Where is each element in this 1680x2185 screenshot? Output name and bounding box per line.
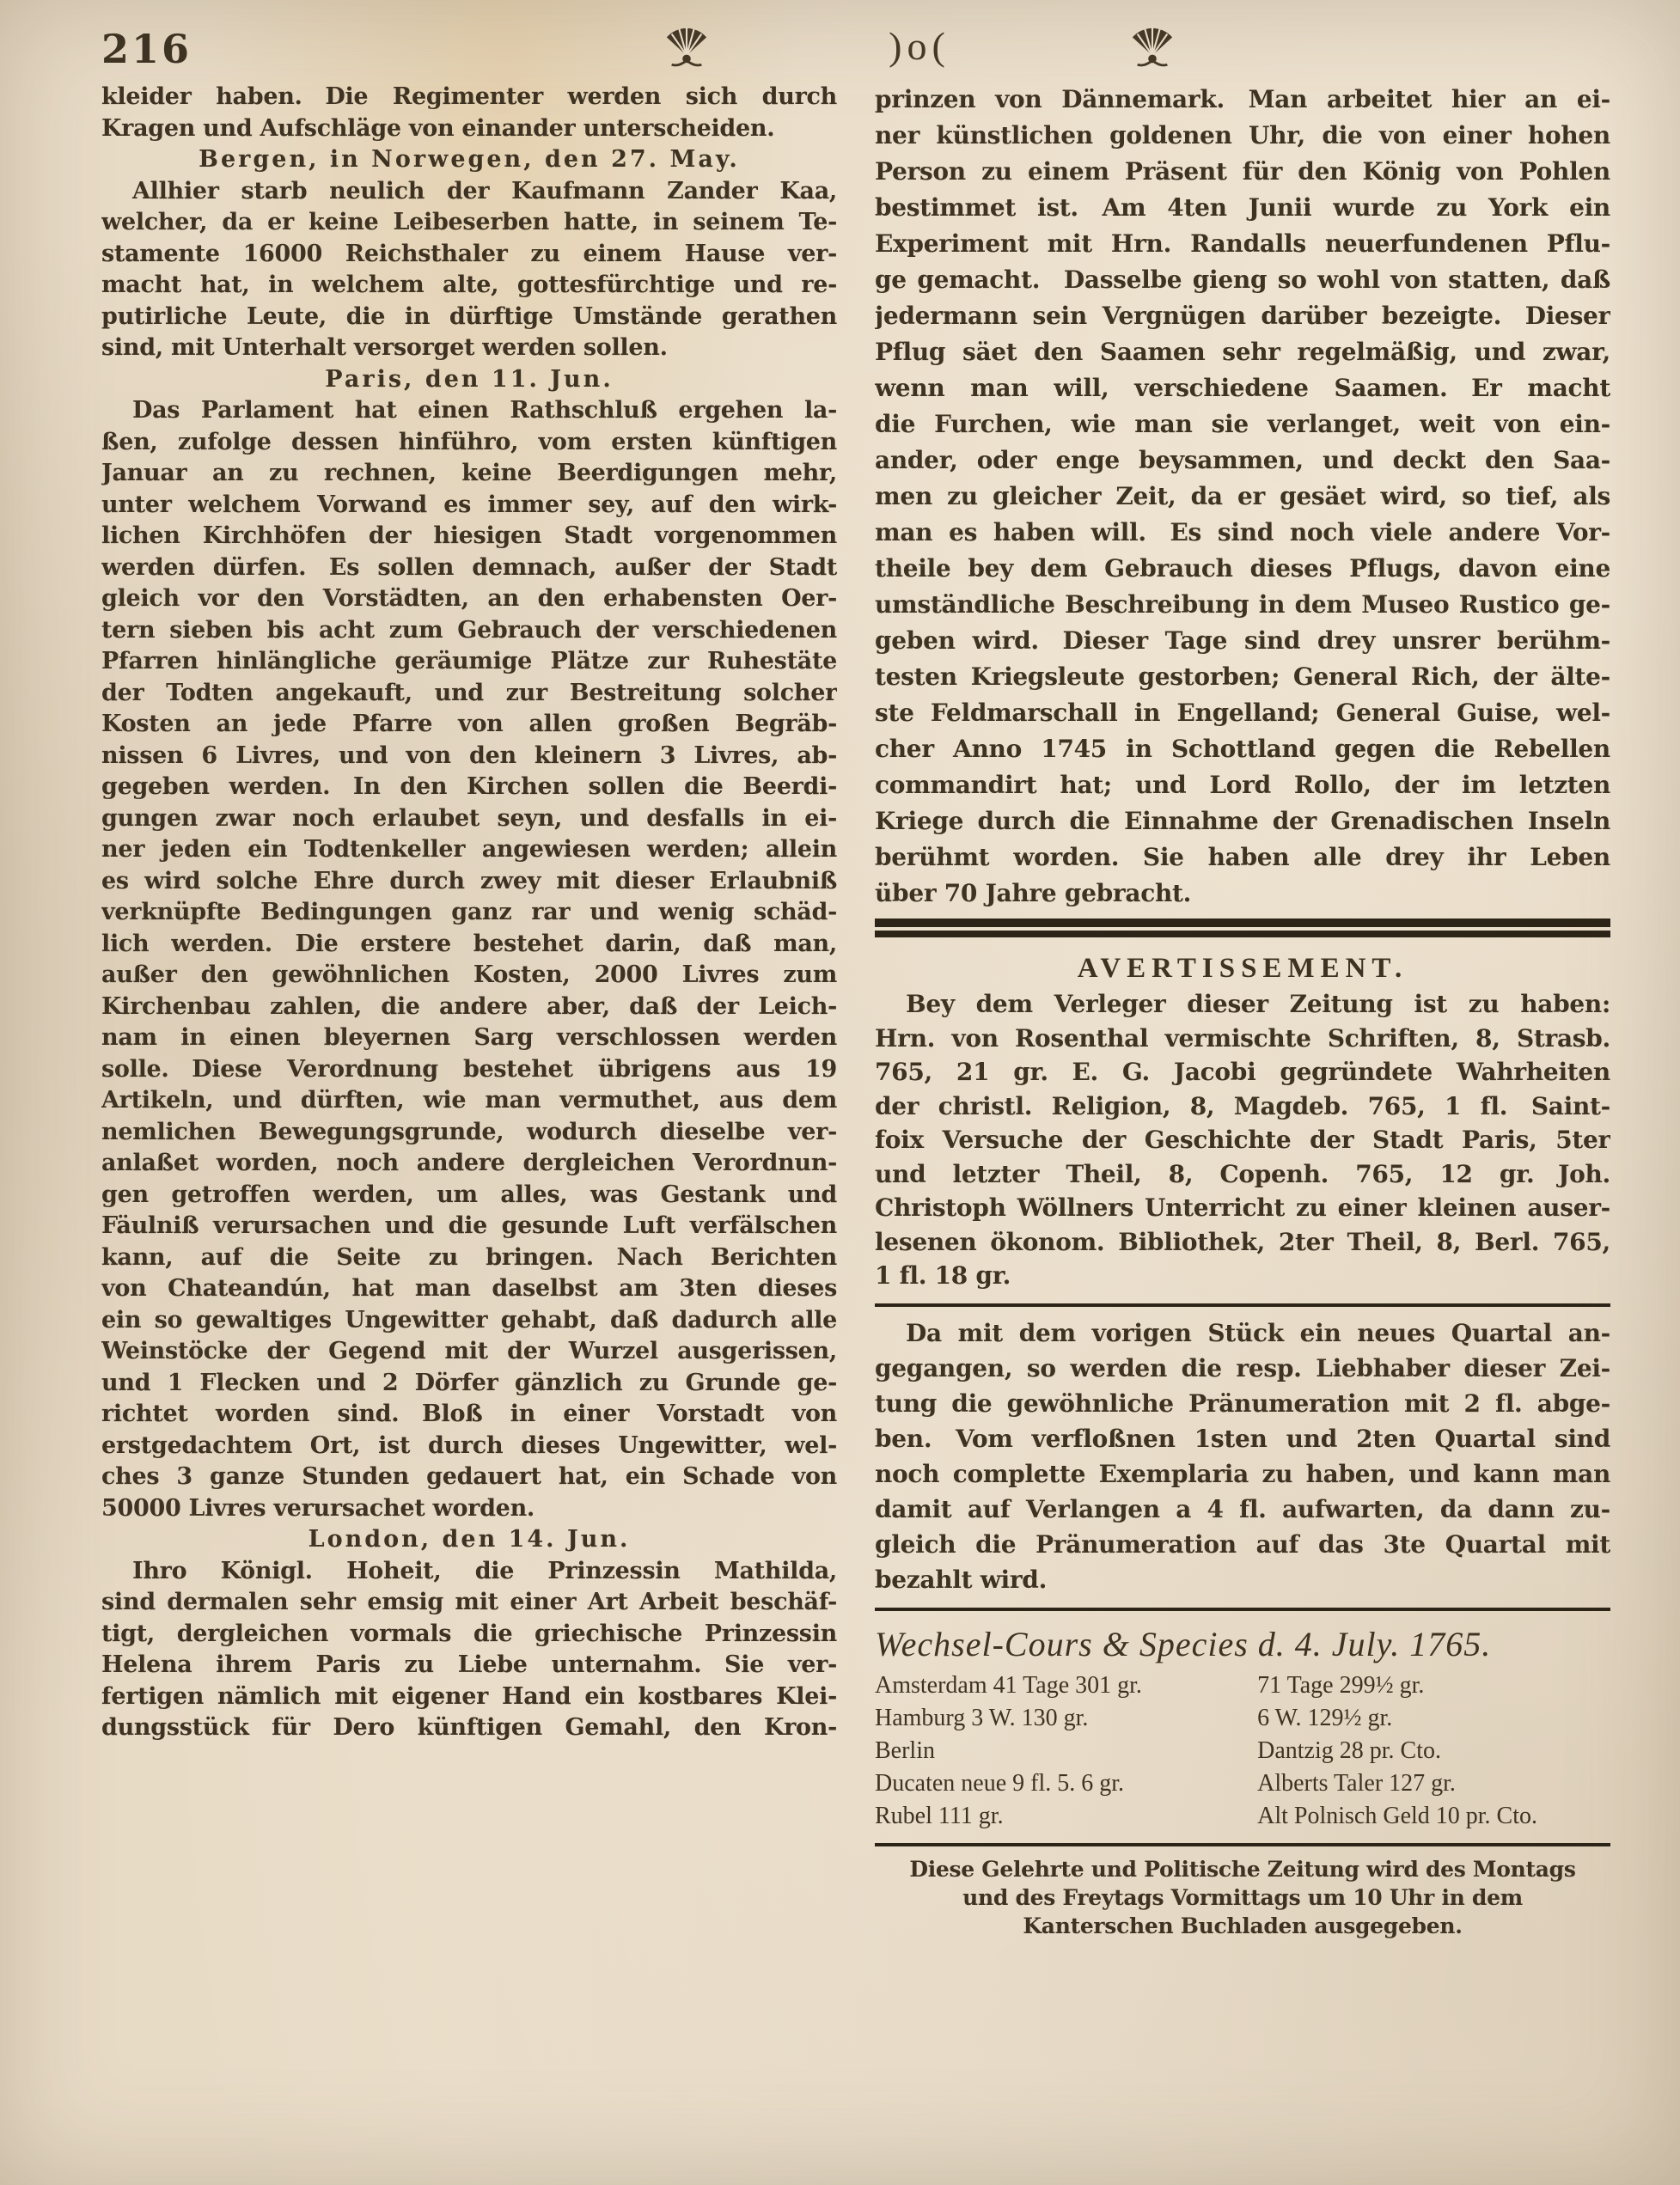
left-column: kleider haben. Die Regimenter werden sic… <box>101 82 837 1940</box>
text-line: London, den 14. Jun. <box>101 1524 837 1556</box>
text-line: ste Feldmarschall in Engelland; General … <box>875 695 1610 731</box>
text-line: umständliche Beschreibung in dem Museo R… <box>875 587 1610 623</box>
text-line: gleich vor den Vorstädten, an den erhabe… <box>101 583 837 615</box>
exchange-cell-right: Alt Polnisch Geld 10 pr. Cto. <box>1257 1800 1610 1833</box>
text-line: welcher, da er keine Leibeserben hatte, … <box>101 207 837 239</box>
text-line: nemlichen Bewegungsgrunde, wodurch diese… <box>101 1117 837 1149</box>
text-line: außer den gewöhnlichen Kosten, 2000 Livr… <box>101 960 837 992</box>
exchange-row: Ducaten neue 9 fl. 5. 6 gr. Alberts Tale… <box>875 1767 1610 1800</box>
text-line: bestimmet ist. Am 4ten Junii wurde zu Yo… <box>875 190 1610 226</box>
footer-line: und des Freytags Vormittags um 10 Uhr in… <box>875 1883 1610 1912</box>
exchange-cell-left: Hamburg 3 W. 130 gr. <box>875 1702 1257 1735</box>
newspaper-page: 216 )o( kleider haben. D <box>0 0 1680 2185</box>
shell-fleuron-icon <box>662 22 712 69</box>
text-line: kann, auf die Seite zu bringen. Nach Ber… <box>101 1242 837 1274</box>
text-line: verknüpfte Bedingungen ganz rar und weni… <box>101 897 837 929</box>
text-line: men zu gleicher Zeit, da er gesäet wird,… <box>875 479 1610 515</box>
text-line: nam in einen bleyernen Sarg verschlossen… <box>101 1022 837 1054</box>
right-column: prinzen von Dännemark. Man arbeitet hier… <box>875 82 1610 1940</box>
text-line: über 70 Jahre gebracht. <box>875 876 1610 912</box>
text-line: 765, 21 gr. E. G. Jacobi gegründete Wahr… <box>875 1055 1610 1089</box>
avertissement-title: AVERTISSEMENT. <box>875 949 1610 987</box>
text-line: Das Parlament hat einen Rathschluß ergeh… <box>101 395 837 427</box>
text-line: commandirt hat; und Lord Rollo, der im l… <box>875 767 1610 803</box>
exchange-table: Amsterdam 41 Tage 301 gr. 71 Tage 299½ g… <box>875 1669 1610 1833</box>
text-line: Kragen und Aufschläge von einander unter… <box>101 113 837 145</box>
exchange-row: Rubel 111 gr. Alt Polnisch Geld 10 pr. C… <box>875 1800 1610 1833</box>
text-line: Bey dem Verleger dieser Zeitung ist zu h… <box>875 987 1610 1022</box>
text-line: anlaßet worden, noch andere dergleichen … <box>101 1148 837 1180</box>
exchange-cell-right: Dantzig 28 pr. Cto. <box>1257 1735 1610 1767</box>
text-line: lichen Kirchhöfen der hiesigen Stadt vor… <box>101 521 837 552</box>
text-line: sind, mit Unterhalt versorget werden sol… <box>101 333 837 364</box>
text-line: ner künstlichen goldenen Uhr, die von ei… <box>875 118 1610 154</box>
text-line: noch complette Exemplaria zu haben, und … <box>875 1456 1610 1492</box>
exchange-table-title: Wechsel-Cours & Species d. 4. July. 1765… <box>875 1620 1610 1669</box>
exchange-cell-left: Ducaten neue 9 fl. 5. 6 gr. <box>875 1767 1257 1800</box>
text-line: Bergen, in Norwegen, den 27. May. <box>101 144 837 176</box>
double-rule <box>875 919 1610 937</box>
text-line: ner jeden ein Todtenkeller angewiesen we… <box>101 834 837 866</box>
header-ornaments: )o( <box>662 22 1177 69</box>
text-line: Da mit dem vorigen Stück ein neues Quart… <box>875 1315 1610 1351</box>
text-line: Ihro Königl. Hoheit, die Prinzessin Math… <box>101 1556 837 1588</box>
text-line: gleich die Pränumeration auf das 3te Qua… <box>875 1527 1610 1562</box>
text-line: Kriege durch die Einnahme der Grenadisch… <box>875 803 1610 839</box>
text-line: stamente 16000 Reichsthaler zu einem Hau… <box>101 239 837 271</box>
text-line: Paris, den 11. Jun. <box>101 364 837 396</box>
text-line: werden dürfen. Es sollen demnach, außer … <box>101 552 837 584</box>
text-line: gegangen, so werden die resp. Liebhaber … <box>875 1351 1610 1386</box>
section-rule <box>875 1608 1610 1611</box>
text-line: 1 fl. 18 gr. <box>875 1259 1610 1293</box>
text-line: prinzen von Dännemark. Man arbeitet hier… <box>875 82 1610 118</box>
text-line: Person zu einem Präsent für den König vo… <box>875 154 1610 190</box>
center-ornament: )o( <box>889 23 950 69</box>
text-line: Kirchenbau zahlen, die andere aber, daß … <box>101 992 837 1023</box>
publication-footer: Diese Gelehrte und Politische Zeitung wi… <box>875 1855 1610 1940</box>
text-line: von Chateandún, hat man daselbst am 3ten… <box>101 1273 837 1305</box>
text-line: richtet worden sind. Bloß in einer Vorst… <box>101 1399 837 1431</box>
text-line: es wird solche Ehre durch zwey mit diese… <box>101 866 837 898</box>
text-line: ben. Vom verfloßnen 1sten und 2ten Quart… <box>875 1421 1610 1456</box>
exchange-cell-left: Amsterdam 41 Tage 301 gr. <box>875 1669 1257 1702</box>
text-columns: kleider haben. Die Regimenter werden sic… <box>101 82 1611 1940</box>
right-column-body: prinzen von Dännemark. Man arbeitet hier… <box>875 82 1610 912</box>
text-line: gungen zwar noch erlaubet seyn, und desf… <box>101 803 837 835</box>
text-line: solle. Diese Verordnung bestehet übrigen… <box>101 1054 837 1086</box>
text-line: ches 3 ganze Stunden gedauert hat, ein S… <box>101 1462 837 1493</box>
text-line: kleider haben. Die Regimenter werden sic… <box>101 82 837 113</box>
exchange-cell-right: Alberts Taler 127 gr. <box>1257 1767 1610 1800</box>
text-line: Fäulniß verursachen und die gesunde Luft… <box>101 1211 837 1242</box>
subscription-notice: Da mit dem vorigen Stück ein neues Quart… <box>875 1315 1610 1597</box>
text-line: ein so gewaltiges Ungewitter gehabt, daß… <box>101 1305 837 1337</box>
text-line: fertigen nämlich mit eigener Hand ein ko… <box>101 1681 837 1713</box>
section-rule <box>875 1843 1610 1846</box>
text-line: tern sieben bis acht zum Gebrauch der ve… <box>101 615 837 647</box>
shell-fleuron-icon <box>1127 22 1177 69</box>
text-line: Kosten an jede Pfarre von allen großen B… <box>101 709 837 741</box>
text-line: macht hat, in welchem alte, gottesfürcht… <box>101 270 837 302</box>
page-number: 216 <box>101 26 192 72</box>
text-line: berühmt worden. Sie haben alle drey ihr … <box>875 839 1610 876</box>
text-line: foix Versuche der Geschichte der Stadt P… <box>875 1123 1610 1157</box>
text-line: Christoph Wöllners Unterricht zu einer k… <box>875 1191 1610 1225</box>
text-line: man es haben will. Es sind noch viele an… <box>875 515 1610 551</box>
text-line: tung die gewöhnliche Pränumeration mit 2… <box>875 1386 1610 1421</box>
text-line: cher Anno 1745 in Schottland gegen die R… <box>875 731 1610 767</box>
text-line: geben wird. Dieser Tage sind drey unsrer… <box>875 623 1610 659</box>
text-line: tigt, dergleichen vormals die griechisch… <box>101 1619 837 1651</box>
footer-line: Diese Gelehrte und Politische Zeitung wi… <box>875 1855 1610 1883</box>
text-line: Helena ihrem Paris zu Liebe unternahm. S… <box>101 1650 837 1681</box>
text-line: Januar an zu rechnen, keine Beerdigungen… <box>101 458 837 490</box>
text-line: ßen, zufolge dessen hinführo, vom ersten… <box>101 427 837 459</box>
text-line: damit auf Verlangen a 4 fl. aufwarten, d… <box>875 1492 1610 1527</box>
exchange-cell-left: Rubel 111 gr. <box>875 1800 1257 1833</box>
text-line: lesenen ökonom. Bibliothek, 2ter Theil, … <box>875 1225 1610 1260</box>
text-line: Allhier starb neulich der Kaufmann Zande… <box>101 176 837 208</box>
text-line: nissen 6 Livres, und von den kleinern 3 … <box>101 741 837 772</box>
text-line: Artikeln, und dürften, wie man vermuthet… <box>101 1085 837 1117</box>
text-line: gegeben werden. In den Kirchen sollen di… <box>101 772 837 803</box>
text-line: und letzter Theil, 8, Copenh. 765, 12 gr… <box>875 1157 1610 1192</box>
text-line: der christl. Religion, 8, Magdeb. 765, 1… <box>875 1089 1610 1124</box>
text-line: gen getroffen werden, um alles, was Gest… <box>101 1180 837 1212</box>
text-line: sind dermalen sehr emsig mit einer Art A… <box>101 1587 837 1619</box>
exchange-row: Berlin Dantzig 28 pr. Cto. <box>875 1735 1610 1767</box>
footer-line: Kanterschen Buchladen ausgegeben. <box>875 1912 1610 1940</box>
text-line: theile bey dem Gebrauch dieses Pflugs, d… <box>875 551 1610 587</box>
text-line: Pfarren hinlängliche geräumige Plätze zu… <box>101 646 837 678</box>
avertissement-body: Bey dem Verleger dieser Zeitung ist zu h… <box>875 987 1610 1293</box>
text-line: bezahlt wird. <box>875 1562 1610 1597</box>
text-line: Experiment mit Hrn. Randalls neuerfunden… <box>875 226 1610 262</box>
text-line: erstgedachtem Ort, ist durch dieses Unge… <box>101 1431 837 1462</box>
exchange-row: Hamburg 3 W. 130 gr. 6 W. 129½ gr. <box>875 1702 1610 1735</box>
text-line: wenn man will, verschiedene Saamen. Er m… <box>875 370 1610 406</box>
text-line: dungsstück für Dero künftigen Gemahl, de… <box>101 1712 837 1744</box>
text-line: testen Kriegsleute gestorben; General Ri… <box>875 659 1610 695</box>
text-line: Hrn. von Rosenthal vermischte Schriften,… <box>875 1022 1610 1056</box>
exchange-cell-right: 6 W. 129½ gr. <box>1257 1702 1610 1735</box>
exchange-cell-right: 71 Tage 299½ gr. <box>1257 1669 1610 1702</box>
text-line: putirliche Leute, die in dürftige Umstän… <box>101 302 837 333</box>
text-line: und 1 Flecken und 2 Dörfer gänzlich zu G… <box>101 1368 837 1400</box>
text-line: Pflug säet den Saamen sehr regelmäßig, u… <box>875 334 1610 370</box>
text-line: unter welchem Vorwand es immer sey, auf … <box>101 490 837 522</box>
text-line: ge gemacht. Dasselbe gieng so wohl von s… <box>875 262 1610 298</box>
text-line: jedermann sein Vergnügen darüber bezeigt… <box>875 298 1610 334</box>
exchange-cell-left: Berlin <box>875 1735 1257 1767</box>
text-line: lich werden. Die erstere bestehet darin,… <box>101 929 837 961</box>
text-line: der Todten angekauft, und zur Bestreitun… <box>101 678 837 710</box>
text-line: ander, oder enge beysammen, und deckt de… <box>875 442 1610 479</box>
section-rule <box>875 1303 1610 1307</box>
exchange-row: Amsterdam 41 Tage 301 gr. 71 Tage 299½ g… <box>875 1669 1610 1702</box>
text-line: 50000 Livres verursachet worden. <box>101 1493 837 1525</box>
text-line: Weinstöcke der Gegend mit der Wurzel aus… <box>101 1336 837 1368</box>
text-line: die Furchen, wie man sie verlanget, weit… <box>875 406 1610 442</box>
